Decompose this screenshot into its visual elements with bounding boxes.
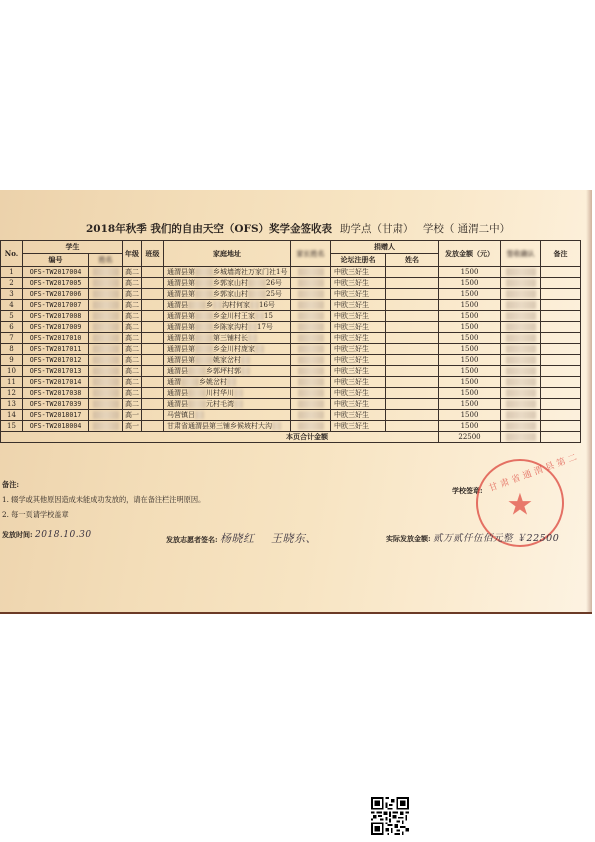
- row-donor-name: [386, 300, 439, 311]
- row-class: [142, 333, 164, 344]
- row-parent-name: [291, 278, 331, 289]
- redacted-block: [234, 389, 243, 397]
- header-no: No.: [1, 241, 23, 267]
- row-amount: 1500: [439, 377, 501, 388]
- table-row: 2OFS-TW2017005高二通渭县第乡郭家山村26号中欧三好生1500: [1, 278, 581, 289]
- row-parent-name: [291, 421, 331, 432]
- volunteer-label: 发放志愿者签名:: [166, 535, 218, 544]
- row-amount: 1500: [439, 267, 501, 278]
- row-student-name: [89, 366, 123, 377]
- row-address: 通渭县元村毛湾: [164, 399, 291, 410]
- header-donor-name: 姓名: [386, 254, 439, 267]
- row-donor-name: [386, 267, 439, 278]
- row-student-name: [89, 322, 123, 333]
- row-no: 10: [1, 366, 23, 377]
- row-donor-name: [386, 377, 439, 388]
- row-class: [142, 311, 164, 322]
- redacted-block: [248, 323, 257, 331]
- row-remarks: [541, 388, 581, 399]
- redacted-block: [272, 422, 281, 430]
- row-amount: 1500: [439, 399, 501, 410]
- row-receipt-confirm: [501, 388, 541, 399]
- redacted-block: [93, 301, 119, 309]
- row-donor-name: [386, 311, 439, 322]
- row-grade: 高二: [123, 355, 142, 366]
- row-no: 9: [1, 355, 23, 366]
- total-confirm-cell: [501, 432, 541, 443]
- row-forum-name: 中欧三好生: [331, 366, 386, 377]
- redacted-block: [298, 422, 324, 430]
- row-student-id: OFS-TW2017005: [23, 278, 89, 289]
- row-amount: 1500: [439, 333, 501, 344]
- row-student-id: OFS-TW2018017: [23, 410, 89, 421]
- row-address: 通渭县第乡郭家山村26号: [164, 278, 291, 289]
- row-remarks: [541, 311, 581, 322]
- redacted-block: [506, 400, 536, 408]
- row-student-name: [89, 289, 123, 300]
- redacted-block: [298, 312, 324, 320]
- row-forum-name: 中欧三好生: [331, 421, 386, 432]
- row-remarks: [541, 267, 581, 278]
- redacted-block: [93, 334, 119, 342]
- row-no: 3: [1, 289, 23, 300]
- row-receipt-confirm: [501, 322, 541, 333]
- row-receipt-confirm: [501, 421, 541, 432]
- row-class: [142, 267, 164, 278]
- redacted-block: [250, 301, 259, 309]
- row-amount: 1500: [439, 410, 501, 421]
- row-parent-name: [291, 377, 331, 388]
- header-receipt-confirm: 签收确认: [501, 241, 541, 267]
- header-donor: 捐赠人: [331, 241, 439, 254]
- row-forum-name: 中欧三好生: [331, 311, 386, 322]
- row-forum-name: 中欧三好生: [331, 344, 386, 355]
- issue-date-value: 2018.10.30: [35, 530, 92, 540]
- row-remarks: [541, 333, 581, 344]
- row-student-name: [89, 421, 123, 432]
- redacted-block: [227, 378, 236, 386]
- redacted-block: [93, 268, 119, 276]
- redacted-block: [506, 422, 536, 430]
- row-amount: 1500: [439, 388, 501, 399]
- row-grade: 高二: [123, 267, 142, 278]
- table-row: 4OFS-TW2017007高二通渭县乡沟村何家16号中欧三好生1500: [1, 300, 581, 311]
- redacted-block: [93, 378, 119, 386]
- redacted-block: [93, 279, 119, 287]
- redacted-block: [298, 367, 324, 375]
- header-student-id: 编号: [23, 254, 89, 267]
- row-student-name: [89, 399, 123, 410]
- row-no: 13: [1, 399, 23, 410]
- row-amount: 1500: [439, 366, 501, 377]
- row-address: 通渭县第第三铺村长: [164, 333, 291, 344]
- row-student-id: OFS-TW2017007: [23, 300, 89, 311]
- row-no: 7: [1, 333, 23, 344]
- row-grade: 高二: [123, 344, 142, 355]
- row-student-id: OFS-TW2017014: [23, 377, 89, 388]
- row-student-id: OFS-TW2017008: [23, 311, 89, 322]
- redacted-block: [506, 334, 536, 342]
- row-grade: 高二: [123, 333, 142, 344]
- row-address: 通渭县第乡郭家山村25号: [164, 289, 291, 300]
- redacted-block: [195, 411, 204, 419]
- row-address: 通渭县第姚家岔村: [164, 355, 291, 366]
- table-row: 9OFS-TW2017012高二通渭县第姚家岔村中欧三好生1500: [1, 355, 581, 366]
- star-icon: ★: [507, 490, 534, 520]
- redacted-block: [93, 411, 119, 419]
- row-forum-name: 中欧三好生: [331, 322, 386, 333]
- row-donor-name: [386, 421, 439, 432]
- volunteer-signature-1: 杨晓红: [220, 532, 255, 545]
- row-grade: 高二: [123, 388, 142, 399]
- document-title: 2018年秋季 我们的自由天空（OFS）奖学金签收表: [86, 221, 332, 236]
- redacted-block: [93, 323, 119, 331]
- redacted-block: [506, 411, 536, 419]
- row-donor-name: [386, 410, 439, 421]
- row-no: 8: [1, 344, 23, 355]
- row-receipt-confirm: [501, 300, 541, 311]
- redacted-block: [298, 268, 324, 276]
- row-no: 5: [1, 311, 23, 322]
- row-remarks: [541, 421, 581, 432]
- row-parent-name: [291, 355, 331, 366]
- row-class: [142, 344, 164, 355]
- table-row: 13OFS-TW2017039高二通渭县元村毛湾中欧三好生1500: [1, 399, 581, 410]
- redacted-block: [506, 367, 536, 375]
- notes-section: 备注: 1. 辍学或其他原因造成未能成功发放的，请在备注栏注明原因。 2. 每一…: [2, 477, 205, 522]
- row-student-name: [89, 355, 123, 366]
- table-row: 7OFS-TW2017010高二通渭县第第三铺村长中欧三好生1500: [1, 333, 581, 344]
- redacted-block: [506, 279, 536, 287]
- table-row: 14OFS-TW2018017高一马营镇吕中欧三好生1500: [1, 410, 581, 421]
- row-grade: 高一: [123, 421, 142, 432]
- redacted-block: [506, 290, 536, 298]
- redacted-block: [298, 389, 324, 397]
- issue-date-field: 发放时间: 2018.10.30: [2, 530, 92, 540]
- row-donor-name: [386, 355, 439, 366]
- row-student-id: OFS-TW2018004: [23, 421, 89, 432]
- row-donor-name: [386, 399, 439, 410]
- redacted-block: [241, 356, 250, 364]
- redacted-block: [93, 422, 119, 430]
- row-grade: 高一: [123, 410, 142, 421]
- table-row: 12OFS-TW2017038高二通渭县川村华川中欧三好生1500: [1, 388, 581, 399]
- row-forum-name: 中欧三好生: [331, 289, 386, 300]
- row-address: 通渭县第乡城墙湾社万家门社1号: [164, 267, 291, 278]
- row-remarks: [541, 344, 581, 355]
- row-receipt-confirm: [501, 311, 541, 322]
- row-grade: 高二: [123, 399, 142, 410]
- redacted-block: [93, 367, 119, 375]
- row-parent-name: [291, 322, 331, 333]
- redacted-block: [93, 356, 119, 364]
- header-amount: 发放金额（元）: [439, 241, 501, 267]
- row-amount: 1500: [439, 278, 501, 289]
- redacted-block: [181, 378, 199, 386]
- table-row: 8OFS-TW2017011高二通渭县第乡金川村庞家中欧三好生1500: [1, 344, 581, 355]
- table-row: 3OFS-TW2017006高二通渭县第乡郭家山村25号中欧三好生1500: [1, 289, 581, 300]
- row-parent-name: [291, 344, 331, 355]
- redacted-block: [255, 345, 264, 353]
- row-forum-name: 中欧三好生: [331, 300, 386, 311]
- row-remarks: [541, 355, 581, 366]
- row-student-name: [89, 300, 123, 311]
- header-student-name: 姓名: [89, 254, 123, 267]
- row-parent-name: [291, 289, 331, 300]
- row-student-id: OFS-TW2017013: [23, 366, 89, 377]
- row-student-id: OFS-TW2017010: [23, 333, 89, 344]
- row-donor-name: [386, 278, 439, 289]
- row-no: 14: [1, 410, 23, 421]
- actual-amount-value: 贰万贰仟伍佰元整 ￥22500: [433, 533, 559, 544]
- row-receipt-confirm: [501, 366, 541, 377]
- row-remarks: [541, 366, 581, 377]
- scholarship-receipt-sheet: 2018年秋季 我们的自由天空（OFS）奖学金签收表 助学点（甘肃） 学校（ 通…: [0, 190, 592, 612]
- row-parent-name: [291, 366, 331, 377]
- note-item-1: 1. 辍学或其他原因造成未能成功发放的，请在备注栏注明原因。: [2, 492, 205, 507]
- row-amount: 1500: [439, 322, 501, 333]
- redacted-block: [506, 378, 536, 386]
- row-no: 2: [1, 278, 23, 289]
- row-forum-name: 中欧三好生: [331, 410, 386, 421]
- row-student-id: OFS-TW2017006: [23, 289, 89, 300]
- redacted-block: [506, 301, 536, 309]
- row-forum-name: 中欧三好生: [331, 333, 386, 344]
- row-forum-name: 中欧三好生: [331, 278, 386, 289]
- school-label: 学校（ 通渭二中）: [423, 223, 510, 235]
- row-class: [142, 366, 164, 377]
- row-class: [142, 377, 164, 388]
- row-receipt-confirm: [501, 289, 541, 300]
- row-parent-name: [291, 388, 331, 399]
- redacted-block: [506, 389, 536, 397]
- header-remarks: 备注: [541, 241, 581, 267]
- redacted-block: [195, 334, 213, 342]
- redacted-block: [298, 356, 324, 364]
- row-donor-name: [386, 344, 439, 355]
- row-remarks: [541, 410, 581, 421]
- row-address: 通渭县川村华川: [164, 388, 291, 399]
- redacted-block: [195, 323, 213, 331]
- redacted-block: [188, 400, 206, 408]
- redacted-block: [298, 290, 324, 298]
- row-remarks: [541, 377, 581, 388]
- row-class: [142, 278, 164, 289]
- row-grade: 高二: [123, 300, 142, 311]
- row-student-name: [89, 311, 123, 322]
- row-parent-name: [291, 267, 331, 278]
- redacted-block: [195, 345, 213, 353]
- row-forum-name: 中欧三好生: [331, 399, 386, 410]
- redacted-block: [298, 411, 324, 419]
- row-parent-name: [291, 311, 331, 322]
- redacted-block: [298, 400, 324, 408]
- row-no: 15: [1, 421, 23, 432]
- actual-amount-label: 实际发放金额:: [386, 534, 431, 543]
- row-receipt-confirm: [501, 399, 541, 410]
- row-amount: 1500: [439, 344, 501, 355]
- row-remarks: [541, 300, 581, 311]
- redacted-block: [188, 367, 206, 375]
- row-address: 通渭乡姚岔村: [164, 377, 291, 388]
- issue-date-label: 发放时间:: [2, 530, 33, 539]
- note-item-2: 2. 每一页请学校盖章: [2, 507, 205, 522]
- row-receipt-confirm: [501, 278, 541, 289]
- row-amount: 1500: [439, 289, 501, 300]
- row-receipt-confirm: [501, 333, 541, 344]
- row-no: 11: [1, 377, 23, 388]
- redacted-block: [188, 389, 206, 397]
- total-label: 本页合计金额: [1, 432, 439, 443]
- redacted-block: [188, 301, 206, 309]
- row-receipt-confirm: [501, 410, 541, 421]
- header-class: 班级: [142, 241, 164, 267]
- row-student-name: [89, 267, 123, 278]
- row-grade: 高二: [123, 366, 142, 377]
- row-remarks: [541, 289, 581, 300]
- redacted-block: [506, 345, 536, 353]
- row-parent-name: [291, 410, 331, 421]
- row-donor-name: [386, 289, 439, 300]
- qr-code-icon: [371, 797, 409, 835]
- header-parent-name: 家长姓名: [291, 241, 331, 267]
- row-amount: 1500: [439, 355, 501, 366]
- row-no: 6: [1, 322, 23, 333]
- row-grade: 高二: [123, 289, 142, 300]
- row-student-name: [89, 388, 123, 399]
- table-row: 5OFS-TW2017008高二通渭县第乡金川村王家15中欧三好生1500: [1, 311, 581, 322]
- row-class: [142, 388, 164, 399]
- document-header: 2018年秋季 我们的自由天空（OFS）奖学金签收表 助学点（甘肃） 学校（ 通…: [0, 221, 592, 237]
- row-receipt-confirm: [501, 267, 541, 278]
- row-address: 通渭县乡沟村何家16号: [164, 300, 291, 311]
- row-class: [142, 322, 164, 333]
- redacted-block: [248, 290, 266, 298]
- row-parent-name: [291, 399, 331, 410]
- receipt-table: No. 学生 年级 班级 家庭地址 家长姓名 捐赠人 发放金额（元） 签收确认 …: [0, 240, 581, 443]
- row-grade: 高二: [123, 377, 142, 388]
- row-donor-name: [386, 333, 439, 344]
- header-student: 学生: [23, 241, 123, 254]
- row-donor-name: [386, 322, 439, 333]
- volunteer-signature-2: 王晓东、: [271, 532, 317, 545]
- redacted-block: [506, 312, 536, 320]
- document-subtitle: 助学点（甘肃） 学校（ 通渭二中）: [340, 221, 516, 236]
- row-student-name: [89, 377, 123, 388]
- notes-label: 备注:: [2, 477, 205, 492]
- redacted-block: [506, 356, 536, 364]
- row-class: [142, 300, 164, 311]
- seal-text: 甘肃省通渭县第二: [487, 449, 582, 494]
- row-class: [142, 410, 164, 421]
- total-remarks-cell: [541, 432, 581, 443]
- table-row: 6OFS-TW2017009高二通渭县第乡陈家沟村17号中欧三好生1500: [1, 322, 581, 333]
- redacted-block: [93, 312, 119, 320]
- redacted-block: [195, 290, 213, 298]
- redacted-block: [195, 312, 213, 320]
- row-class: [142, 355, 164, 366]
- row-student-name: [89, 410, 123, 421]
- table-row: 11OFS-TW2017014高二通渭乡姚岔村中欧三好生1500: [1, 377, 581, 388]
- row-no: 12: [1, 388, 23, 399]
- redacted-block: [248, 279, 266, 287]
- redacted-block: [298, 301, 324, 309]
- total-amount: 22500: [439, 432, 501, 443]
- row-class: [142, 289, 164, 300]
- row-forum-name: 中欧三好生: [331, 377, 386, 388]
- redacted-block: [213, 301, 222, 309]
- row-amount: 1500: [439, 421, 501, 432]
- redacted-block: [298, 334, 324, 342]
- redacted-block: [93, 345, 119, 353]
- row-student-name: [89, 333, 123, 344]
- redacted-block: [298, 345, 324, 353]
- row-class: [142, 421, 164, 432]
- row-grade: 高二: [123, 322, 142, 333]
- redacted-block: [255, 312, 264, 320]
- redacted-block: [298, 378, 324, 386]
- redacted-block: [93, 290, 119, 298]
- row-address: 马营镇吕: [164, 410, 291, 421]
- row-student-id: OFS-TW2017039: [23, 399, 89, 410]
- row-donor-name: [386, 388, 439, 399]
- redacted-block: [298, 279, 324, 287]
- row-no: 1: [1, 267, 23, 278]
- row-address: 通渭县第乡陈家沟村17号: [164, 322, 291, 333]
- row-student-name: [89, 278, 123, 289]
- redacted-block: [241, 367, 250, 375]
- header-forum-name: 论坛注册名: [331, 254, 386, 267]
- row-address: 通渭县乡郭坪村郭: [164, 366, 291, 377]
- row-student-id: OFS-TW2017004: [23, 267, 89, 278]
- row-grade: 高二: [123, 311, 142, 322]
- row-class: [142, 399, 164, 410]
- row-donor-name: [386, 366, 439, 377]
- row-student-id: OFS-TW2017038: [23, 388, 89, 399]
- row-receipt-confirm: [501, 344, 541, 355]
- actual-amount-field: 实际发放金额: 贰万贰仟伍佰元整 ￥22500: [386, 530, 559, 544]
- row-remarks: [541, 399, 581, 410]
- row-parent-name: [291, 333, 331, 344]
- row-receipt-confirm: [501, 355, 541, 366]
- row-forum-name: 中欧三好生: [331, 267, 386, 278]
- row-remarks: [541, 278, 581, 289]
- row-address: 通渭县第乡金川村庞家: [164, 344, 291, 355]
- redacted-block: [298, 323, 324, 331]
- row-student-id: OFS-TW2017012: [23, 355, 89, 366]
- row-forum-name: 中欧三好生: [331, 355, 386, 366]
- redacted-block: [248, 334, 257, 342]
- row-forum-name: 中欧三好生: [331, 388, 386, 399]
- row-address: 甘肃省通渭县第三铺乡候坡村大沟: [164, 421, 291, 432]
- table-row: 10OFS-TW2017013高二通渭县乡郭坪村郭中欧三好生1500: [1, 366, 581, 377]
- aid-point-label: 助学点（甘肃）: [340, 223, 414, 235]
- table-row: 15OFS-TW2018004高一甘肃省通渭县第三铺乡候坡村大沟中欧三好生150…: [1, 421, 581, 432]
- row-student-name: [89, 344, 123, 355]
- row-student-id: OFS-TW2017011: [23, 344, 89, 355]
- row-student-id: OFS-TW2017009: [23, 322, 89, 333]
- row-grade: 高二: [123, 278, 142, 289]
- redacted-block: [93, 389, 119, 397]
- row-receipt-confirm: [501, 377, 541, 388]
- row-address: 通渭县第乡金川村王家15: [164, 311, 291, 322]
- header-grade: 年级: [123, 241, 142, 267]
- redacted-block: [195, 356, 213, 364]
- redacted-block: [506, 323, 536, 331]
- redacted-block: [195, 268, 213, 276]
- row-amount: 1500: [439, 311, 501, 322]
- redacted-block: [506, 268, 536, 276]
